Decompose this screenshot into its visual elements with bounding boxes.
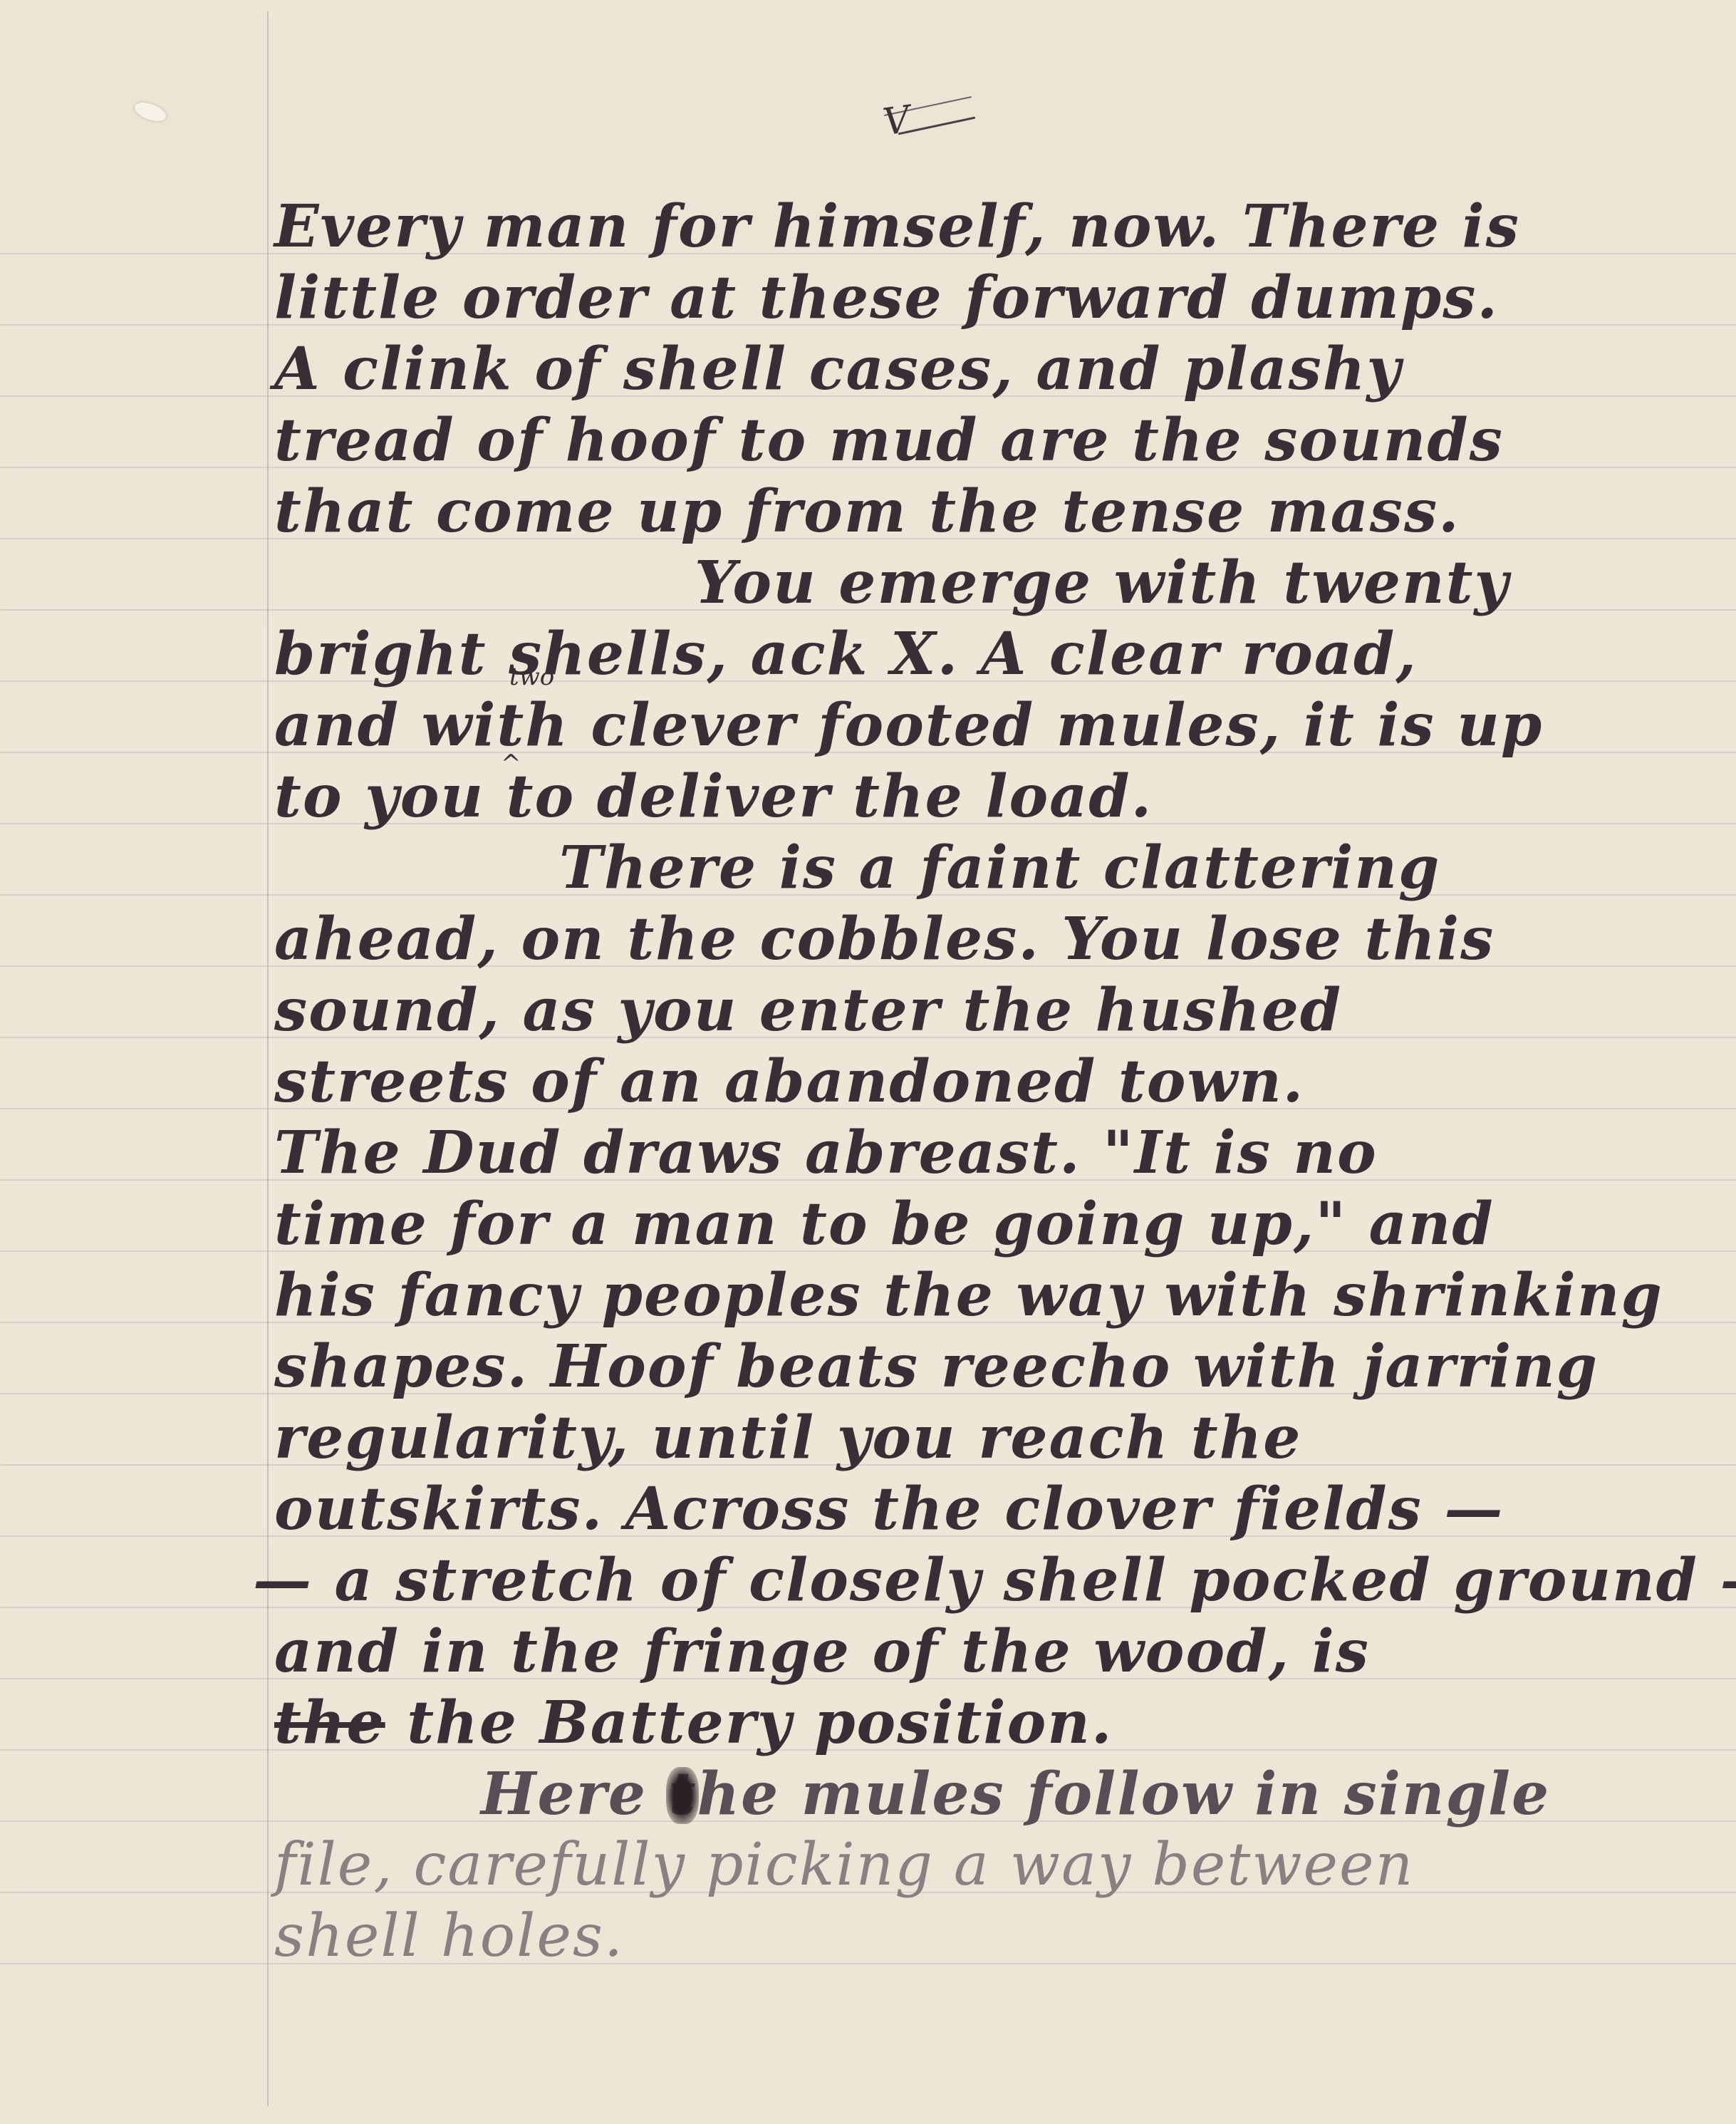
line-text: the Battery position. xyxy=(407,1689,1113,1757)
inserted-word: two xyxy=(509,663,554,691)
ruled-line xyxy=(0,1963,1736,1964)
text-line: Here the mules follow in single xyxy=(481,1760,1550,1828)
text-line-with-strikeout: the the Battery position. xyxy=(274,1689,1113,1757)
text-line: You emerge with twenty xyxy=(695,549,1509,617)
text-line: to you to deliver the load. xyxy=(274,762,1153,831)
ink-blot xyxy=(666,1767,699,1824)
text-line: streets of an abandoned town. xyxy=(274,1047,1304,1116)
text-line: tread of hoof to mud are the sounds xyxy=(274,406,1504,475)
text-line: little order at these forward dumps. xyxy=(274,264,1499,332)
text-line: and with clever footed mules, it is up xyxy=(274,691,1543,760)
struck-word: the xyxy=(274,1689,385,1757)
text-line: bright shells, ack X. A clear road, xyxy=(274,620,1418,688)
margin-line xyxy=(267,11,269,2106)
text-line: his fancy peoples the way with shrinking xyxy=(274,1261,1663,1330)
text-line: shapes. Hoof beats reecho with jarring xyxy=(274,1332,1599,1401)
text-line: regularity, until you reach the xyxy=(274,1404,1301,1472)
text-line: outskirts. Across the clover fields — xyxy=(274,1475,1504,1543)
text-line: Every man for himself, now. There is xyxy=(274,192,1520,261)
text-line: A clink of shell cases, and plashy xyxy=(274,335,1402,403)
text-line: file, carefully picking a way between xyxy=(274,1831,1414,1899)
text-line: ahead, on the cobbles. You lose this xyxy=(274,905,1495,973)
text-line: shell holes. xyxy=(274,1902,624,1970)
text-line: The Dud draws abreast. "It is no xyxy=(274,1119,1378,1187)
text-line: and in the fringe of the wood, is xyxy=(274,1617,1370,1686)
text-line: time for a man to be going up," and xyxy=(274,1190,1495,1258)
page-number: V xyxy=(880,98,913,145)
text-line: — a stretch of closely shell pocked grou… xyxy=(253,1546,1736,1615)
text-line: that come up from the tense mass. xyxy=(274,477,1460,546)
text-line: There is a faint clattering xyxy=(559,834,1440,902)
text-line: sound, as you enter the hushed xyxy=(274,976,1342,1045)
